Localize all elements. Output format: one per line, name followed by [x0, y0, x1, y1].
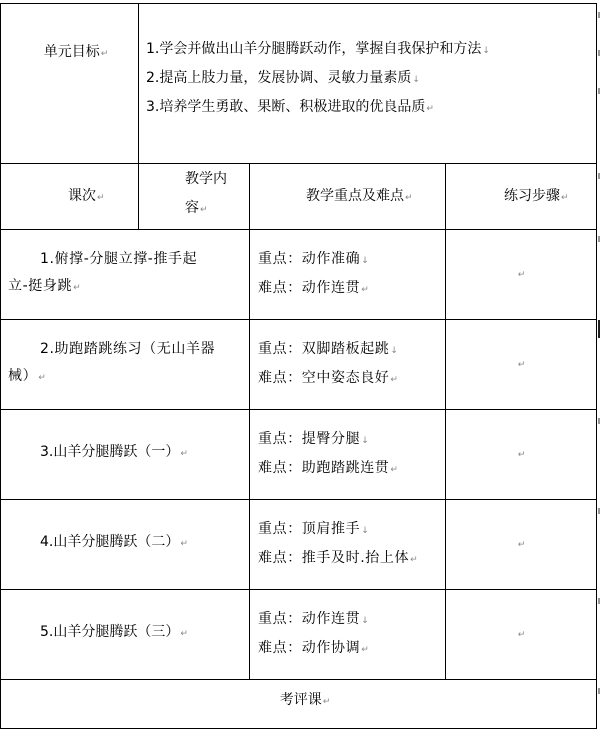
goal-item: 3.培养学生勇敢、果断、积极进取的优良品质↵ [146, 94, 596, 123]
line-break-mark-icon: ↓ [361, 436, 369, 446]
lesson-title-text: 2.助跑踏跳练习（无山羊器 [8, 336, 248, 363]
paragraph-mark-icon: ↵ [323, 697, 331, 707]
paragraph-mark-icon: ↵ [390, 465, 398, 475]
lesson-2-title: 2.助跑踏跳练习（无山羊器 械）↵ [8, 336, 248, 392]
paragraph-mark-icon: ↵ [518, 450, 526, 460]
lesson-title-text: 1.俯撑-分腿立撑-推手起 [8, 246, 248, 273]
lesson-3-points: 重点：提臀分腿↓ 难点：助跑踏跳连贯↵ [258, 426, 444, 484]
lesson-4-points: 重点：顶肩推手↓ 难点：推手及时.抬上体↵ [258, 516, 444, 574]
lesson-plan-table: 单元目标↵ 1.学会并做出山羊分腿腾跃动作，掌握自我保护和方法↓ 2.提高上肢力… [0, 3, 596, 728]
border-line [0, 3, 597, 4]
unit-goals-list: 1.学会并做出山羊分腿腾跃动作，掌握自我保护和方法↓ 2.提高上肢力量，发展协调… [146, 36, 596, 123]
lesson-title-text: 械） [8, 368, 37, 384]
lesson-1-title: 1.俯撑-分腿立撑-推手起 立-挺身跳↵ [8, 246, 248, 302]
border-line [0, 679, 597, 680]
footer-assessment: 考评课↵ [0, 687, 596, 716]
paragraph-mark-icon: ↵ [97, 193, 105, 203]
lesson-2-steps: ↵ [446, 350, 596, 379]
paragraph-mark-icon: ↵ [180, 629, 188, 639]
header-text: 教学内 [185, 165, 249, 194]
paragraph-mark-icon: ↵ [180, 449, 188, 459]
paragraph-mark-icon: ↵ [518, 540, 526, 550]
difficulty-text: 难点：动作连贯 [258, 280, 360, 296]
key-point-text: 重点：提臀分腿 [258, 431, 360, 447]
lesson-4-title: 4.山羊分腿腾跃（二）↵ [40, 529, 248, 558]
header-content: 教学内 容↵ [139, 165, 249, 225]
footer-text: 考评课 [280, 692, 322, 708]
goal-text: 3.培养学生勇敢、果断、积极进取的优良品质 [146, 99, 425, 115]
lesson-4-steps: ↵ [446, 530, 596, 559]
lesson-5-points: 重点：动作连贯↓ 难点：动作协调↵ [258, 606, 444, 664]
paragraph-mark-icon: ↵ [561, 193, 569, 203]
paragraph-mark-icon: ↵ [200, 205, 208, 215]
lesson-1-points: 重点：动作准确↓ 难点：动作连贯↵ [258, 246, 444, 304]
border-line [0, 229, 597, 230]
border-line [0, 499, 597, 500]
goal-text: 2.提高上肢力量，发展协调、灵敏力量素质 [146, 70, 411, 86]
difficulty-text: 难点：空中姿态良好 [258, 370, 389, 386]
paragraph-mark-icon: ↵ [410, 555, 418, 565]
paragraph-mark-icon: ↵ [180, 539, 188, 549]
lesson-title-text: 3.山羊分腿腾跃（一） [40, 444, 179, 460]
header-text: 课次 [68, 188, 96, 204]
lesson-5-steps: ↵ [446, 620, 596, 649]
header-text: 练习步骤 [504, 188, 560, 204]
label-text: 单元目标 [44, 44, 100, 60]
paragraph-mark-icon: ↵ [73, 283, 81, 293]
paragraph-mark-icon: ↵ [405, 193, 413, 203]
difficulty-text: 难点：助跑踏跳连贯 [258, 460, 389, 476]
lesson-1-steps: ↵ [446, 260, 596, 289]
line-break-mark-icon: ↓ [361, 616, 369, 626]
line-break-mark-icon: ↓ [482, 46, 490, 56]
lesson-title-text: 5.山羊分腿腾跃（三） [40, 624, 179, 640]
lesson-2-points: 重点：双脚踏板起跳↓ 难点：空中姿态良好↵ [258, 336, 444, 394]
paragraph-mark-icon: ↵ [518, 360, 526, 370]
paragraph-mark-icon: ↵ [518, 630, 526, 640]
border-line [0, 589, 597, 590]
paragraph-mark-icon: ↵ [390, 375, 398, 385]
difficulty-text: 难点：动作协调 [258, 640, 360, 656]
header-text: 容 [185, 200, 199, 216]
goal-text: 1.学会并做出山羊分腿腾跃动作，掌握自我保护和方法 [146, 41, 481, 57]
border-line [0, 319, 597, 320]
lesson-title-text: 立-挺身跳 [8, 278, 72, 294]
lesson-title-text: 4.山羊分腿腾跃（二） [40, 534, 179, 550]
line-break-mark-icon: ↓ [361, 256, 369, 266]
border-line [0, 163, 597, 164]
goal-item: 1.学会并做出山羊分腿腾跃动作，掌握自我保护和方法↓ [146, 36, 596, 65]
lesson-3-title: 3.山羊分腿腾跃（一）↵ [40, 439, 248, 468]
line-break-mark-icon: ↓ [361, 526, 369, 536]
difficulty-text: 难点：推手及时.抬上体 [258, 550, 409, 566]
border-line [0, 728, 597, 729]
unit-goals-label: 单元目标↵ [0, 39, 138, 68]
key-point-text: 重点：动作准确 [258, 251, 360, 267]
paragraph-mark-icon: ↵ [361, 285, 369, 295]
border-line [596, 3, 597, 729]
paragraph-mark-icon: ↵ [101, 49, 109, 59]
line-break-mark-icon: ↓ [412, 75, 420, 85]
header-text: 教学重点及难点 [306, 188, 404, 204]
header-steps: 练习步骤↵ [446, 183, 596, 212]
border-line [249, 163, 250, 679]
key-point-text: 重点：顶肩推手 [258, 521, 360, 537]
paragraph-mark-icon: ↵ [426, 104, 434, 114]
key-point-text: 重点：双脚踏板起跳 [258, 341, 389, 357]
lesson-5-title: 5.山羊分腿腾跃（三）↵ [40, 619, 248, 648]
key-point-text: 重点：动作连贯 [258, 611, 360, 627]
header-key-points: 教学重点及难点↵ [250, 183, 445, 212]
line-break-mark-icon: ↓ [390, 346, 398, 356]
goal-item: 2.提高上肢力量，发展协调、灵敏力量素质↓ [146, 65, 596, 94]
border-line [445, 163, 446, 679]
header-lesson: 课次↵ [0, 183, 138, 212]
border-line [0, 3, 1, 729]
border-line [0, 409, 597, 410]
paragraph-mark-icon: ↵ [361, 645, 369, 655]
paragraph-mark-icon: ↵ [518, 270, 526, 280]
lesson-3-steps: ↵ [446, 440, 596, 469]
paragraph-mark-icon: ↵ [38, 373, 46, 383]
